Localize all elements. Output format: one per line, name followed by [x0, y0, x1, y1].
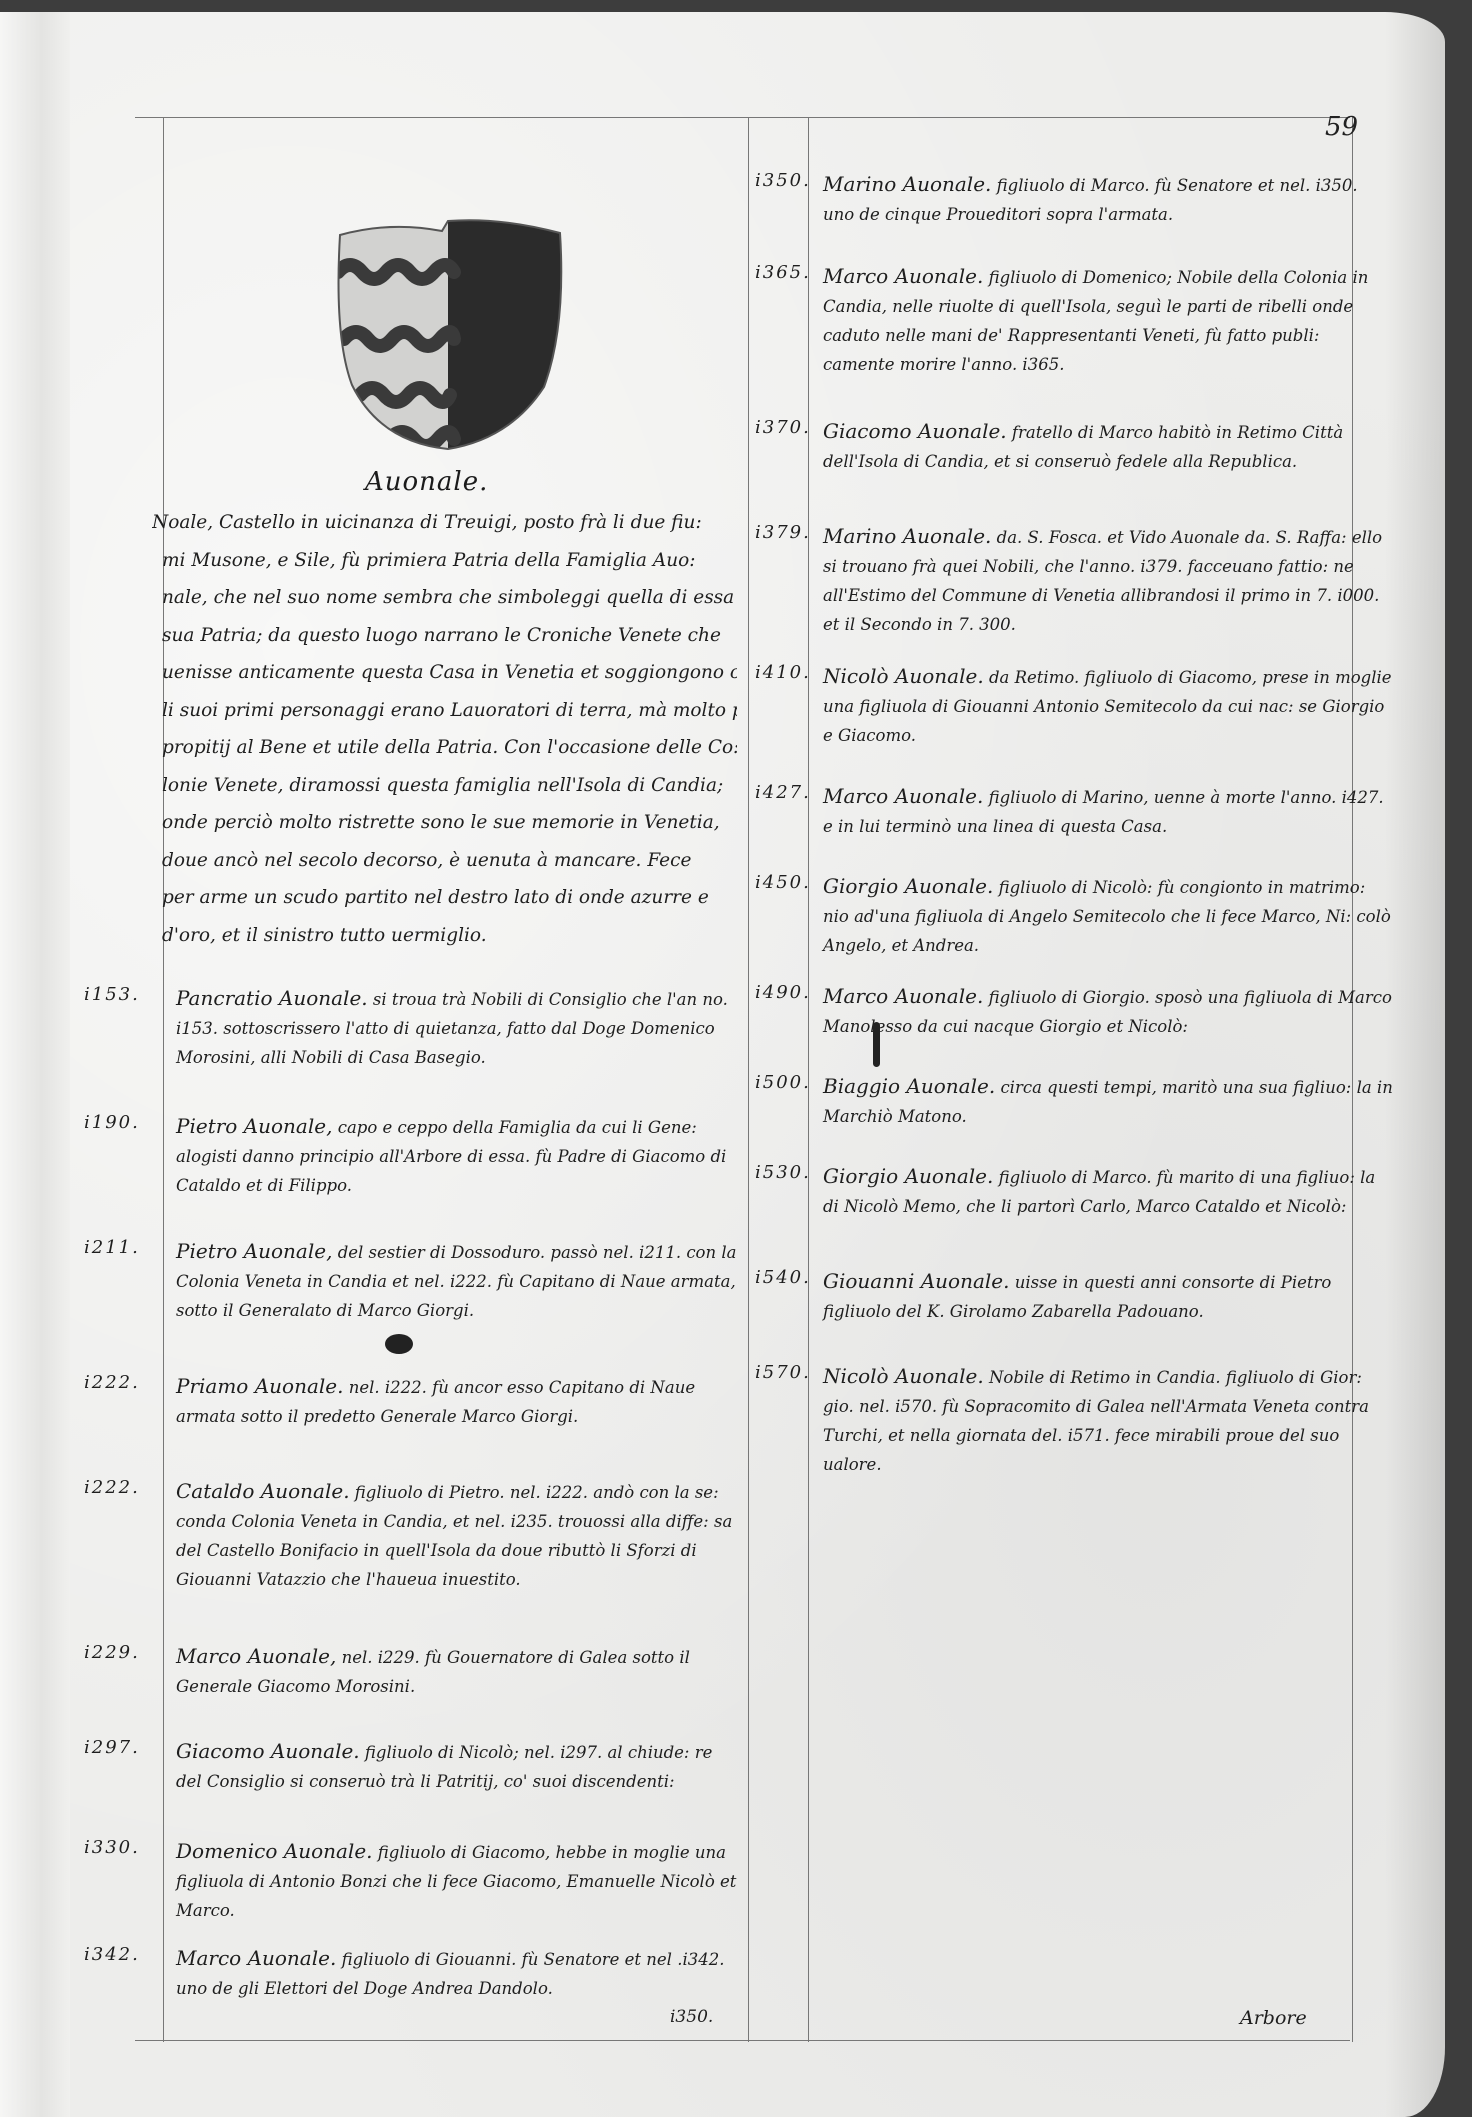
intro-line: mi Musone, e Sile, fù primiera Patria de… — [152, 542, 737, 580]
left-margin-rule — [163, 117, 164, 2042]
entry-name: Giouanni Auonale. — [823, 1269, 1010, 1293]
entry-name: Pancratio Auonale. — [176, 986, 368, 1010]
center-column-rule — [748, 117, 749, 2042]
entry-name: Giacomo Auonale. — [823, 419, 1007, 443]
entry-year: i297. — [84, 1737, 140, 1758]
entry-year: i570. — [755, 1362, 811, 1383]
entry-year: i427. — [755, 782, 811, 803]
entry-name: Giorgio Auonale. — [823, 1164, 993, 1188]
page-number: 59 — [1325, 112, 1358, 142]
entry-name: Marco Auonale. — [823, 264, 983, 288]
entry-year: i350. — [755, 170, 811, 191]
entry-name: Nicolò Auonale. — [823, 664, 984, 688]
entry-name: Pietro Auonale, — [176, 1114, 332, 1138]
entry-year: i379. — [755, 522, 811, 543]
entry-year: i450. — [755, 872, 811, 893]
entry-year: i153. — [84, 984, 140, 1005]
intro-line: propitij al Bene et utile della Patria. … — [152, 729, 737, 767]
entry-year: i370. — [755, 417, 811, 438]
intro-line: lonie Venete, diramossi questa famiglia … — [152, 767, 737, 805]
entry-year: i211. — [84, 1237, 140, 1258]
intro-paragraph: Noale, Castello in uicinanza di Treuigi,… — [152, 504, 737, 954]
entry-year: i222. — [84, 1372, 140, 1393]
entry-name: Giorgio Auonale. — [823, 874, 993, 898]
entry-name: Marco Auonale. — [176, 1946, 336, 1970]
entry-name: Giacomo Auonale. — [176, 1739, 360, 1763]
entry-name: Marco Auonale. — [823, 784, 983, 808]
binding-gutter — [0, 12, 70, 2117]
entry-name: Pietro Auonale, — [176, 1239, 332, 1263]
entry-name: Nicolò Auonale. — [823, 1364, 984, 1388]
entry-name: Marino Auonale. — [823, 524, 991, 548]
catchword: Arbore — [1240, 2007, 1307, 2029]
intro-line: nale, che nel suo nome sembra che simbol… — [152, 579, 737, 617]
entry-year: i490. — [755, 982, 811, 1003]
intro-line: doue ancò nel secolo decorso, è uenuta à… — [152, 842, 737, 880]
entry-year: i330. — [84, 1837, 140, 1858]
top-rule — [135, 117, 1350, 118]
entry-name: Biaggio Auonale. — [823, 1074, 995, 1098]
entry-year: i229. — [84, 1642, 140, 1663]
entry-name: Priamo Auonale. — [176, 1374, 343, 1398]
page-edge — [1385, 12, 1445, 2117]
intro-line: onde perciò molto ristrette sono le sue … — [152, 804, 737, 842]
entry-name: Marco Auonale, — [176, 1644, 336, 1668]
footer-year: i350. — [670, 2007, 713, 2027]
entry-year: i500. — [755, 1072, 811, 1093]
intro-line: per arme un scudo partito nel destro lat… — [152, 879, 737, 917]
entry-name: Marino Auonale. — [823, 172, 991, 196]
coat-of-arms-icon — [330, 217, 570, 457]
manuscript-page: 59 Auonale. Noale, Castello in uicinanza… — [0, 12, 1445, 2117]
intro-line: d'oro, et il sinistro tutto uermiglio. — [152, 917, 737, 955]
ink-drip — [873, 1022, 880, 1067]
entry-name: Marco Auonale. — [823, 984, 983, 1008]
entry-year: i365. — [755, 262, 811, 283]
entry-year: i410. — [755, 662, 811, 683]
entry-year: i190. — [84, 1112, 140, 1133]
entry-year: i540. — [755, 1267, 811, 1288]
intro-line: Noale, Castello in uicinanza di Treuigi,… — [152, 504, 737, 542]
entry-year: i342. — [84, 1944, 140, 1965]
family-name-heading: Auonale. — [365, 467, 488, 497]
entry-year: i530. — [755, 1162, 811, 1183]
intro-line: sua Patria; da questo luogo narrano le C… — [152, 617, 737, 655]
entry-name: Cataldo Auonale. — [176, 1479, 350, 1503]
intro-line: uenisse anticamente questa Casa in Venet… — [152, 654, 737, 692]
entry-year: i222. — [84, 1477, 140, 1498]
bottom-rule — [135, 2040, 1350, 2041]
entry-name: Domenico Auonale. — [176, 1839, 373, 1863]
intro-line: li suoi primi personaggi erano Lauorator… — [152, 692, 737, 730]
ink-blot — [385, 1334, 413, 1354]
